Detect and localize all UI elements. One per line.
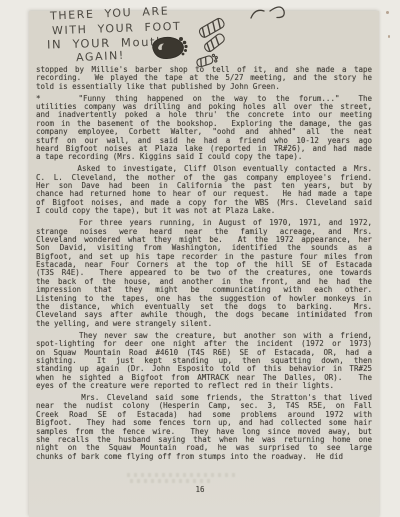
paper-speck — [386, 11, 389, 14]
typed-paragraph: Mrs. Cleveland said some friends, the St… — [36, 394, 372, 461]
typed-line: told is essentially like that published … — [36, 83, 372, 91]
typed-paragraph: Asked to investigate, Cliff Olson eventu… — [36, 165, 372, 215]
typed-text-block: stopped by Millie's barber shop to tell … — [36, 66, 372, 465]
typed-line: I could copy the tape), but it was not a… — [36, 207, 372, 215]
bleed-through — [130, 479, 212, 483]
page-number: 16 — [160, 485, 240, 494]
paper-speck — [312, 247, 314, 249]
pen-squiggle-doodle — [247, 4, 293, 28]
scanned-document: THERE YOU ARE WITH YOUR FOOT IN YOUR Mou… — [0, 0, 400, 517]
footprint-doodle — [148, 34, 190, 62]
typed-line: a tape recording (Mrs. Kiggins said I co… — [36, 153, 372, 161]
paper-speck — [388, 35, 390, 38]
typed-paragraph: For three years running, in August of 19… — [36, 219, 372, 328]
typed-paragraph: They never saw the creature, but another… — [36, 332, 372, 391]
handwriting-line: AGAIN! — [76, 49, 125, 65]
typed-paragraph: stopped by Millie's barber shop to tell … — [36, 66, 372, 91]
typed-line: eyes of the creature were reported to re… — [36, 382, 372, 390]
typed-line: chunks of bark come flying off from stum… — [36, 453, 372, 461]
typed-paragraph: * "Funny thing happened on the way to th… — [36, 95, 372, 162]
typed-line: the yelling, and were strangely silent. — [36, 320, 372, 328]
bleed-through — [127, 473, 235, 477]
